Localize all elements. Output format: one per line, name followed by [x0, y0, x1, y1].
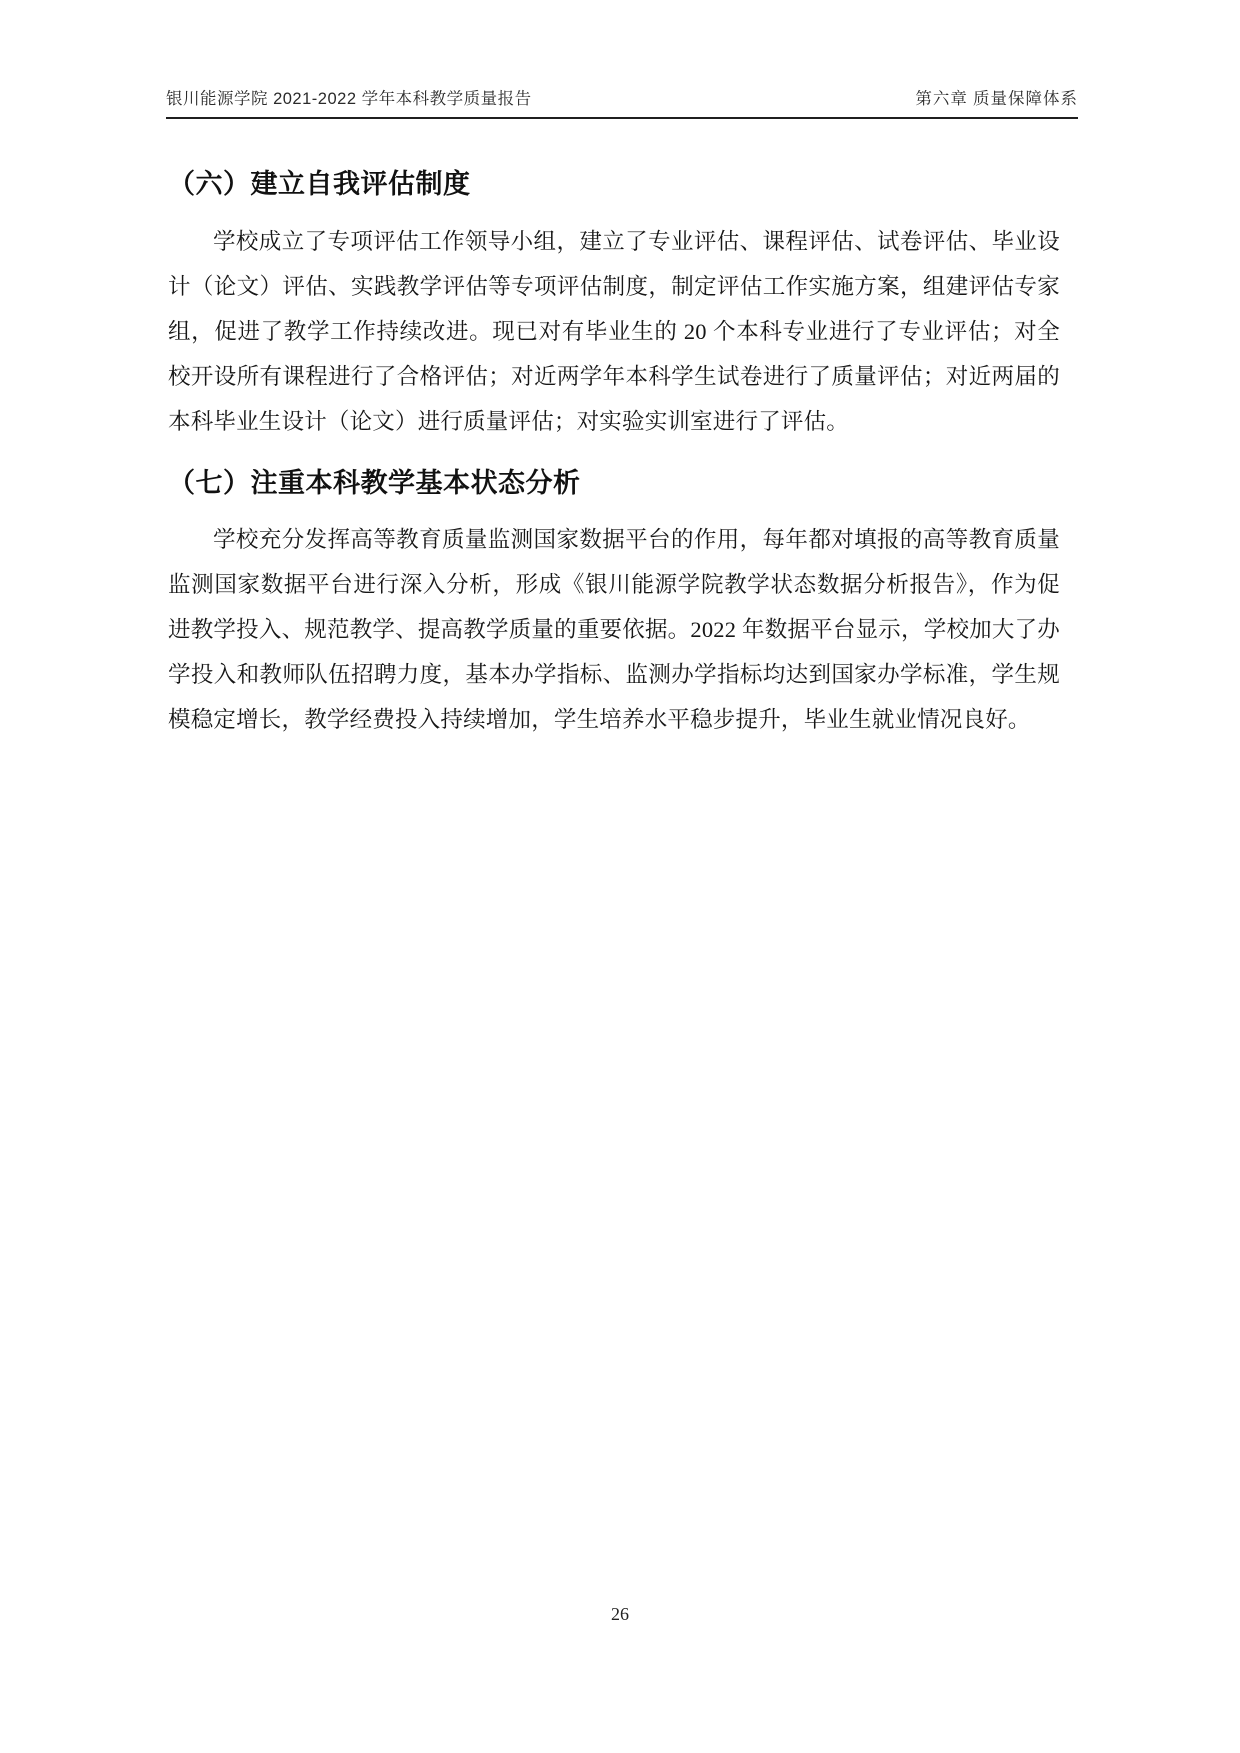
chapter-title: 第六章 质量保障体系 — [915, 88, 1078, 110]
page-number: 26 — [611, 1604, 629, 1624]
page-body: （六）建立自我评估制度 学校成立了专项评估工作领导小组，建立了专业评估、课程评估… — [168, 166, 1060, 742]
section-heading-6: （六）建立自我评估制度 — [168, 166, 1060, 202]
section-7-paragraph: 学校充分发挥高等教育质量监测国家数据平台的作用，每年都对填报的高等教育质量监测国… — [168, 517, 1060, 742]
report-title: 银川能源学院 2021-2022 学年本科教学质量报告 — [166, 88, 532, 110]
section-6-paragraph: 学校成立了专项评估工作领导小组，建立了专业评估、课程评估、试卷评估、毕业设计（论… — [168, 219, 1060, 444]
page-header: 银川能源学院 2021-2022 学年本科教学质量报告 第六章 质量保障体系 — [166, 88, 1078, 119]
page-footer: 26 — [0, 1604, 1240, 1625]
section-heading-7: （七）注重本科教学基本状态分析 — [168, 465, 1060, 501]
document-page: 银川能源学院 2021-2022 学年本科教学质量报告 第六章 质量保障体系 （… — [0, 0, 1240, 1753]
